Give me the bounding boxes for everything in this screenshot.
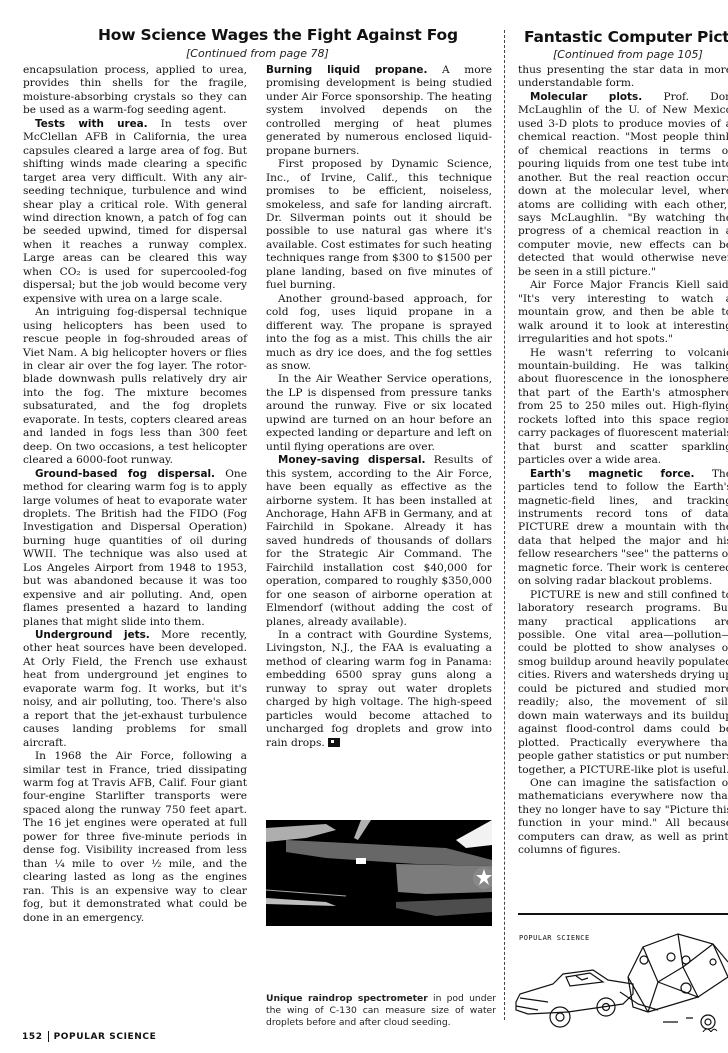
column-2: Burning liquid propane. A more promising…	[266, 64, 492, 750]
paragraph: Tests with urea. In tests over McClellan…	[23, 118, 247, 306]
right-article-continued-note: [Continued from page 105]	[553, 48, 703, 61]
paragraph-lead-in: Ground-based fog dispersal.	[35, 468, 215, 480]
aircraft-photo	[266, 820, 492, 926]
paragraph: Air Force Major Francis Kiell said, "It'…	[518, 279, 728, 346]
paragraph-text: One method for clearing warm fog is to a…	[23, 468, 247, 628]
paragraph-lead-in: Money-saving dispersal.	[278, 454, 425, 466]
paragraph-text: An intriguing fog-dispersal technique us…	[23, 306, 247, 466]
page-number: 152	[22, 1032, 43, 1042]
paragraph: Earth's magnetic force. The particles te…	[518, 468, 728, 589]
paragraph-lead-in: Tests with urea.	[35, 118, 148, 130]
paragraph: PICTURE is new and still confined to lab…	[518, 589, 728, 777]
paragraph-text: In tests over McClellan AFB in Californi…	[23, 118, 247, 305]
paragraph-text: In the Air Weather Service operations, t…	[266, 373, 492, 452]
paragraph-text: Another ground-based approach, for cold …	[266, 293, 492, 372]
paragraph-text: In a contract with Gourdine Systems, Liv…	[266, 629, 492, 749]
paragraph-text: First proposed by Dynamic Science, Inc.,…	[266, 158, 492, 291]
right-article-headline: Fantastic Computer Pictu	[524, 28, 728, 46]
paragraph-lead-in: Burning liquid propane.	[266, 64, 427, 76]
column-divider	[504, 30, 506, 1020]
paragraph: Underground jets. More recently, other h…	[23, 629, 247, 750]
artist-signature	[703, 1029, 717, 1032]
paragraph: One can imagine the satisfaction of math…	[518, 777, 728, 858]
paragraph-text: Results of this system, according to the…	[266, 454, 492, 627]
left-article-continued-note: [Continued from page 78]	[186, 47, 329, 60]
paragraph: encapsulation process, applied to urea, …	[23, 64, 247, 118]
paragraph: Ground-based fog dispersal. One method f…	[23, 468, 247, 629]
photo-caption: Unique raindrop spectrometer in pod unde…	[266, 993, 496, 1029]
paragraph: An intriguing fog-dispersal technique us…	[23, 306, 247, 467]
paragraph-text: Prof. Don McLaughlin of the U. of New Me…	[518, 91, 728, 278]
page-footer: 152POPULAR SCIENCE	[22, 1031, 156, 1042]
paragraph-text: More recently, other heat sources have b…	[23, 629, 247, 749]
footer-divider	[48, 1031, 49, 1042]
paragraph: In 1968 the Air Force, following a simil…	[23, 750, 247, 925]
paragraph: Another ground-based approach, for cold …	[266, 293, 492, 374]
paragraph-text: In 1968 the Air Force, following a simil…	[23, 750, 247, 923]
paragraph: In a contract with Gourdine Systems, Liv…	[266, 629, 492, 750]
paragraph-text: He wasn't referring to volcanic mountain…	[518, 347, 728, 467]
photo-image	[266, 820, 492, 926]
paragraph-text: PICTURE is new and still confined to lab…	[518, 589, 728, 776]
section-rule	[518, 913, 728, 915]
paragraph-text: One can imagine the satisfaction of math…	[518, 777, 728, 856]
paragraph-lead-in: Earth's magnetic force.	[530, 468, 695, 480]
paragraph: He wasn't referring to volcanic mountain…	[518, 347, 728, 468]
end-of-article-icon	[328, 738, 340, 747]
paragraph: thus presenting the star data in more un…	[518, 64, 728, 91]
paragraph-text: Air Force Major Francis Kiell said, "It'…	[518, 279, 728, 345]
paragraph: First proposed by Dynamic Science, Inc.,…	[266, 158, 492, 293]
paragraph-text: The particles tend to follow the Earth's…	[518, 468, 728, 588]
paragraph-text: encapsulation process, applied to urea, …	[23, 64, 247, 116]
cartoon-car-towing-dome	[508, 922, 728, 1032]
paragraph-text: thus presenting the star data in more un…	[518, 64, 728, 89]
paragraph: Molecular plots. Prof. Don McLaughlin of…	[518, 91, 728, 279]
column-3: thus presenting the star data in more un…	[518, 64, 728, 858]
paragraph-text: A more promising development is being st…	[266, 64, 492, 157]
paragraph: In the Air Weather Service operations, t…	[266, 373, 492, 454]
paragraph-lead-in: Molecular plots.	[530, 91, 642, 103]
paragraph: Money-saving dispersal. Results of this …	[266, 454, 492, 629]
paragraph: Burning liquid propane. A more promising…	[266, 64, 492, 158]
magazine-name: POPULAR SCIENCE	[54, 1032, 157, 1042]
magazine-page: How Science Wages the Fight Against Fog …	[0, 0, 728, 1053]
paragraph-lead-in: Underground jets.	[35, 629, 150, 641]
caption-lead: Unique raindrop spectrometer	[266, 993, 428, 1004]
left-article-headline: How Science Wages the Fight Against Fog	[98, 26, 458, 44]
column-1: encapsulation process, applied to urea, …	[23, 64, 247, 925]
